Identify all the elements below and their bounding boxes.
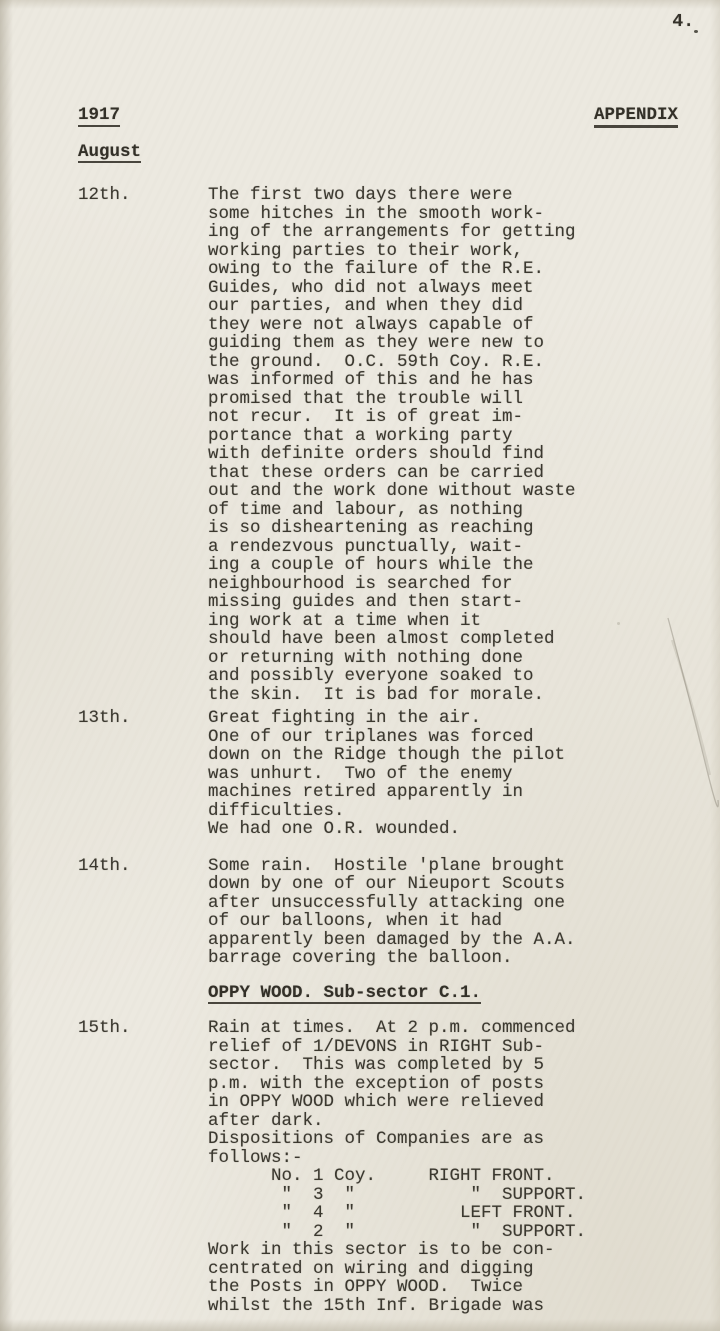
page-number: 4. [672,13,694,32]
entry-body-text: Rain at times. At 2 p.m. commenced relie… [208,1019,678,1315]
page-header: 1917 APPENDIX [78,106,678,128]
entry-date: 15th. [78,1019,208,1038]
diary-entry-12th: 12th. The first two days there were some… [78,186,678,704]
section-heading-row: OPPY WOOD. Sub-sector C.1. [78,984,678,1005]
entry-date: 12th. [78,186,208,205]
entry-date: 13th. [78,709,208,728]
appendix-heading: APPENDIX [594,106,678,128]
month-heading: August [78,143,678,164]
paper-speck [694,30,698,33]
entry-body-text: Great fighting in the air. One of our tr… [208,709,678,839]
entry-body-text: Some rain. Hostile 'plane brought down b… [208,857,678,968]
diary-entry-14th: 14th. Some rain. Hostile 'plane brought … [78,857,678,968]
year-heading: 1917 [78,106,120,127]
document-page: 4. 1917 APPENDIX August 12th. The first … [0,0,720,1331]
diary-entry-13th: 13th. Great fighting in the air. One of … [78,709,678,839]
entry-date: 14th. [78,857,208,876]
diary-entry-15th: 15th. Rain at times. At 2 p.m. commenced… [78,1019,678,1315]
oppy-wood-heading: OPPY WOOD. Sub-sector C.1. [208,984,678,1005]
paper-speck [617,622,620,625]
page-content: 1917 APPENDIX August 12th. The first two… [0,0,720,1315]
entry-body-text: The first two days there were some hitch… [208,186,678,704]
